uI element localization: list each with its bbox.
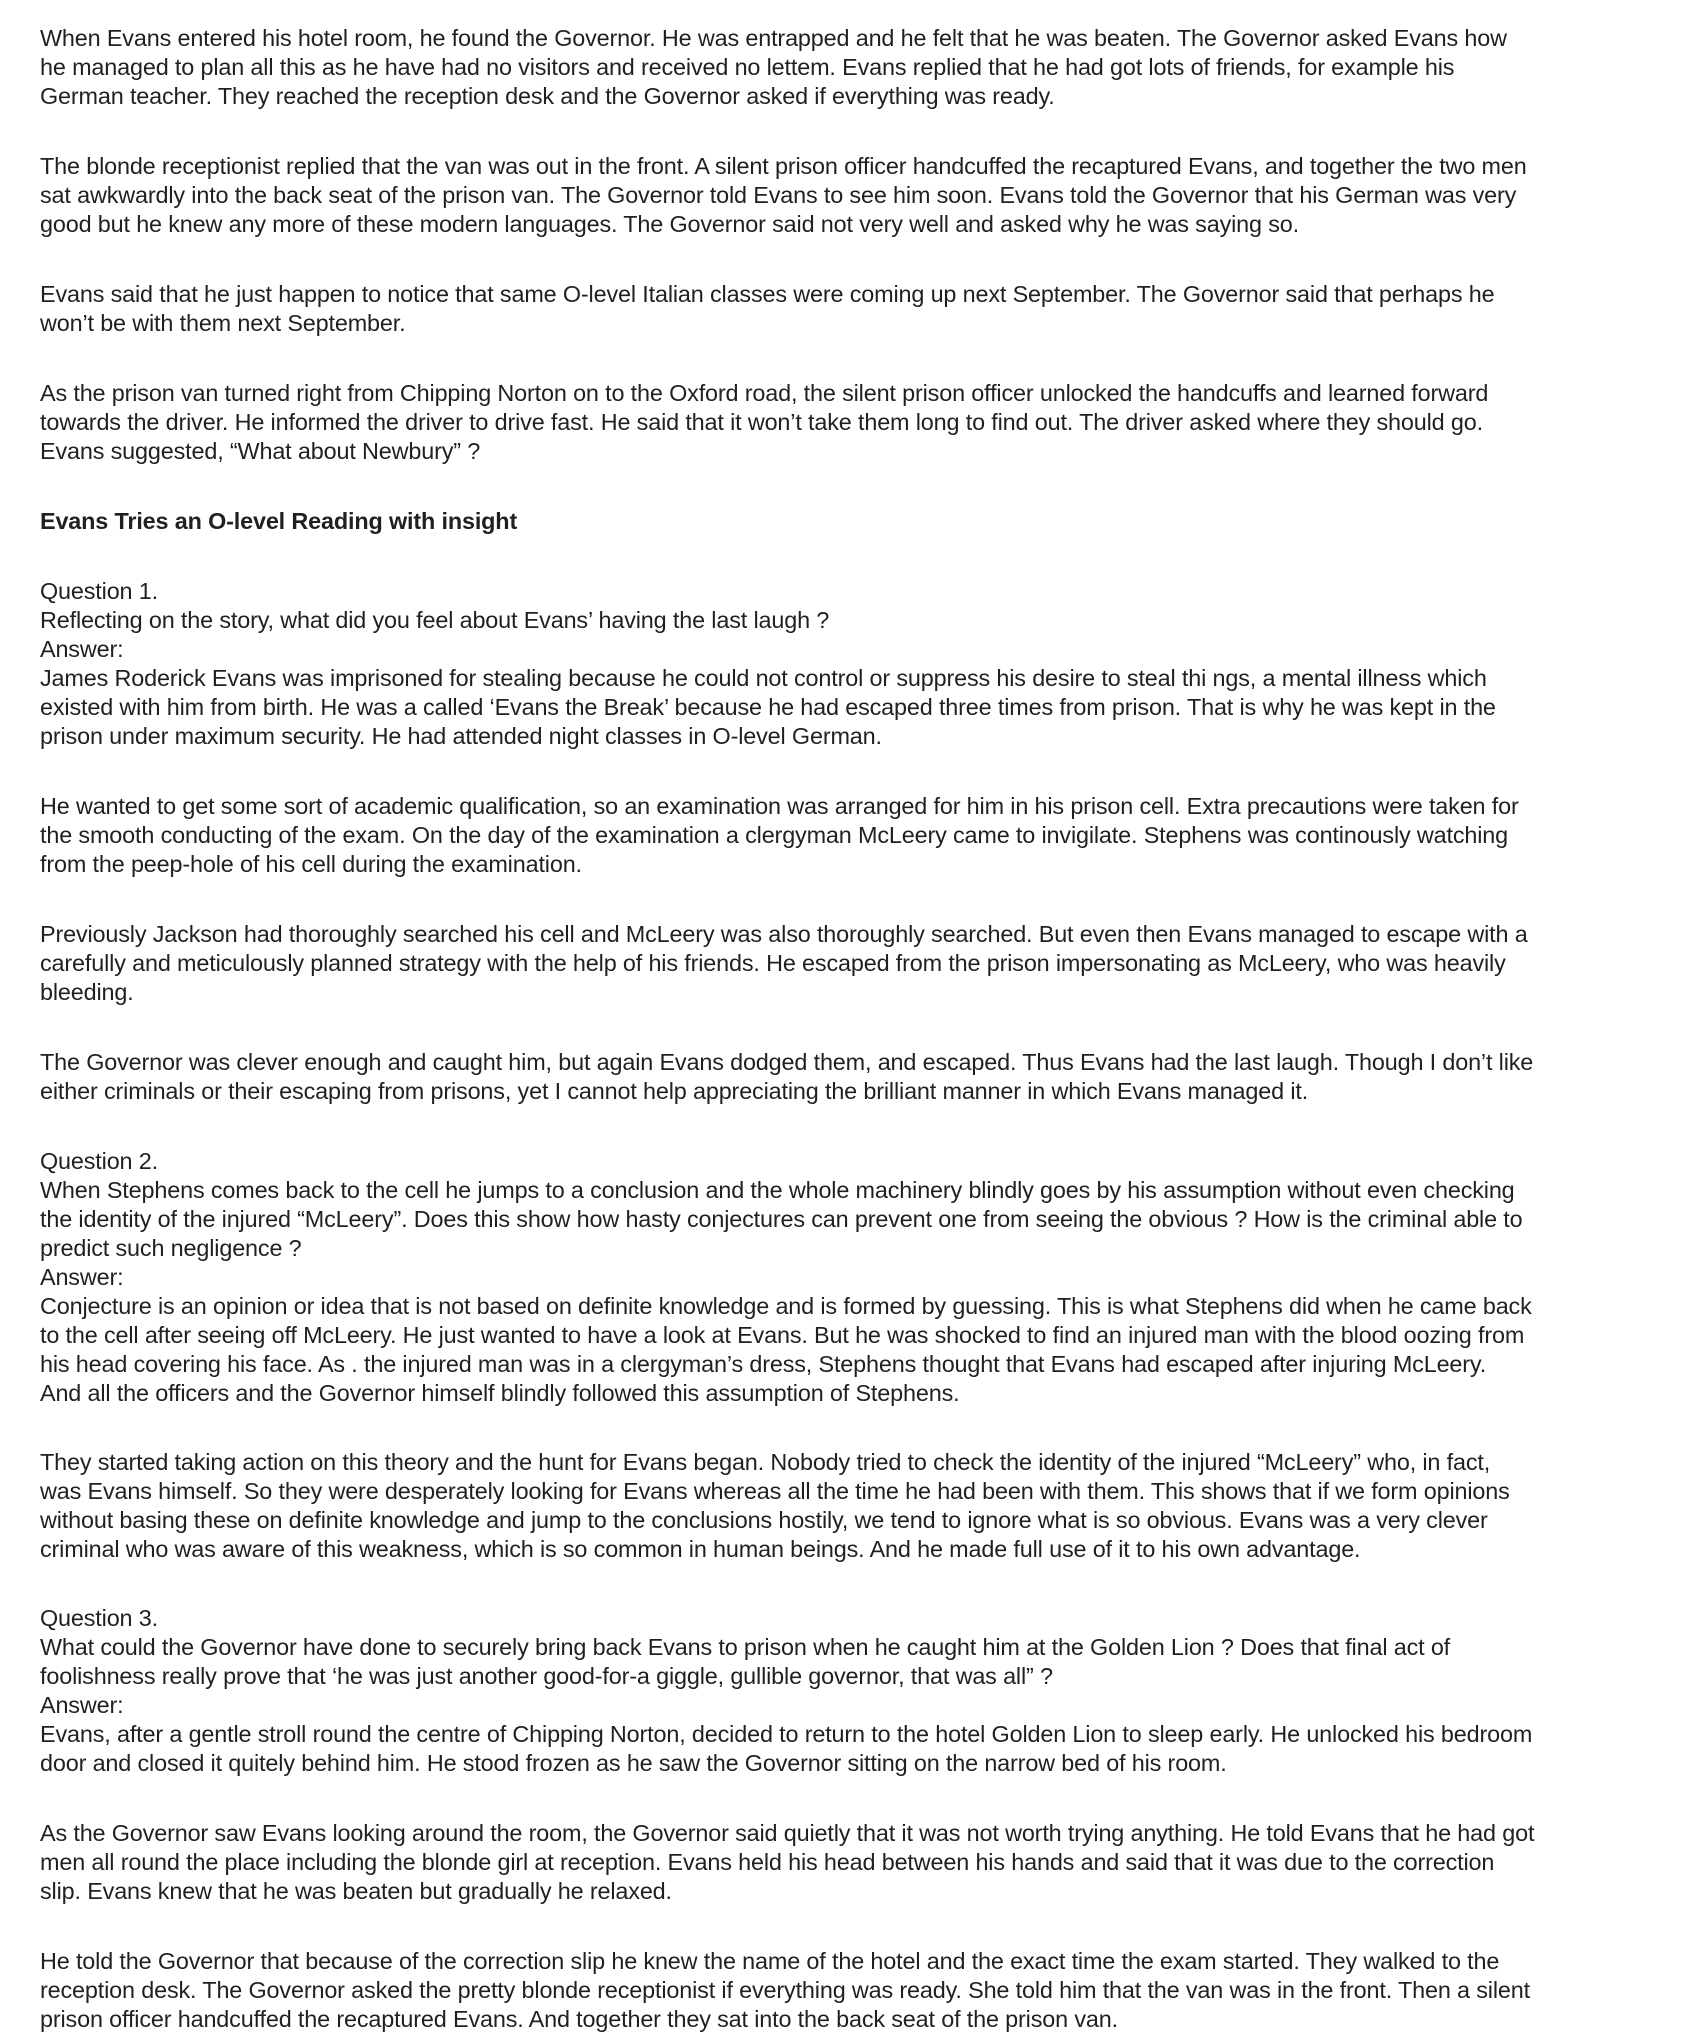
story-paragraph-oxford-road: As the prison van turned right from Chip… [40,379,1680,466]
question-text: predict such negligence ? [40,1234,1680,1263]
answer-text-line: to the cell after seeing off McLeery. He… [40,1321,1680,1350]
text-line: German teacher. They reached the recepti… [40,82,1680,111]
document-page: When Evans entered his hotel room, he fo… [0,0,1700,2035]
story-paragraph-prison-van: The blonde receptionist replied that the… [40,152,1680,239]
text-line: sat awkwardly into the back seat of the … [40,181,1680,210]
answer-text-line: Previously Jackson had thoroughly search… [40,920,1680,949]
text-line: he managed to plan all this as he have h… [40,53,1680,82]
answer-text-line: prison under maximum security. He had at… [40,722,1680,751]
answer-text-line: They started taking action on this theor… [40,1448,1680,1477]
text-line: The blonde receptionist replied that the… [40,152,1680,181]
answer-1-paragraph-exam: He wanted to get some sort of academic q… [40,792,1680,879]
answer-text-line: reception desk. The Governor asked the p… [40,1976,1680,2005]
answer-text-line: carefully and meticulously planned strat… [40,949,1680,978]
text-line: When Evans entered his hotel room, he fo… [40,24,1680,53]
answer-text-line: And all the officers and the Governor hi… [40,1379,1680,1408]
question-label: Question 1. [40,577,1680,606]
answer-text-line: his head covering his face. As . the inj… [40,1350,1680,1379]
question-text: When Stephens comes back to the cell he … [40,1176,1680,1205]
answer-1-paragraph-last-laugh: The Governor was clever enough and caugh… [40,1048,1680,1106]
answer-text-line: was Evans himself. So they were desperat… [40,1477,1680,1506]
answer-text-line: without basing these on definite knowled… [40,1506,1680,1535]
question-text: What could the Governor have done to sec… [40,1633,1680,1662]
answer-text-line: either criminals or their escaping from … [40,1077,1680,1106]
question-label: Question 3. [40,1604,1680,1633]
answer-text-line: men all round the place including the bl… [40,1848,1680,1877]
answer-text-line: the smooth conducting of the exam. On th… [40,821,1680,850]
answer-text-line: The Governor was clever enough and caugh… [40,1048,1680,1077]
answer-1-paragraph-escape: Previously Jackson had thoroughly search… [40,920,1680,1007]
answer-text-line: from the peep-hole of his cell during th… [40,850,1680,879]
section-heading: Evans Tries an O-level Reading with insi… [40,507,1680,536]
question-3: Question 3. What could the Governor have… [40,1604,1680,1778]
question-1: Question 1. Reflecting on the story, wha… [40,577,1680,751]
answer-text-line: James Roderick Evans was imprisoned for … [40,664,1680,693]
answer-3-paragraph-correction-slip: He told the Governor that because of the… [40,1947,1680,2034]
answer-text-line: door and closed it quitely behind him. H… [40,1749,1680,1778]
answer-text-line: bleeding. [40,978,1680,1007]
answer-label: Answer: [40,1263,1680,1292]
text-line: Evans said that he just happen to notice… [40,280,1680,309]
answer-text-line: He told the Governor that because of the… [40,1947,1680,1976]
question-text: Reflecting on the story, what did you fe… [40,606,1680,635]
text-line: good but he knew any more of these moder… [40,210,1680,239]
section-heading-text: Evans Tries an O-level Reading with insi… [40,507,1680,536]
answer-text-line: criminal who was aware of this weakness,… [40,1535,1680,1564]
question-text: foolishness really prove that ‘he was ju… [40,1662,1680,1691]
question-2: Question 2. When Stephens comes back to … [40,1147,1680,1408]
answer-text-line: prison officer handcuffed the recaptured… [40,2005,1680,2034]
answer-text-line: existed with him from birth. He was a ca… [40,693,1680,722]
answer-text-line: As the Governor saw Evans looking around… [40,1819,1680,1848]
text-line: won’t be with them next September. [40,309,1680,338]
question-label: Question 2. [40,1147,1680,1176]
answer-label: Answer: [40,1691,1680,1720]
answer-2-paragraph-theory: They started taking action on this theor… [40,1448,1680,1564]
story-paragraph-hotel-room: When Evans entered his hotel room, he fo… [40,24,1680,111]
answer-text-line: Evans, after a gentle stroll round the c… [40,1720,1680,1749]
answer-3-paragraph-governor: As the Governor saw Evans looking around… [40,1819,1680,1906]
text-line: As the prison van turned right from Chip… [40,379,1680,408]
text-line: towards the driver. He informed the driv… [40,408,1680,437]
question-text: the identity of the injured “McLeery”. D… [40,1205,1680,1234]
answer-text-line: He wanted to get some sort of academic q… [40,792,1680,821]
answer-text-line: Conjecture is an opinion or idea that is… [40,1292,1680,1321]
answer-label: Answer: [40,635,1680,664]
text-line: Evans suggested, “What about Newbury” ? [40,437,1680,466]
answer-text-line: slip. Evans knew that he was beaten but … [40,1877,1680,1906]
story-paragraph-italian-classes: Evans said that he just happen to notice… [40,280,1680,338]
